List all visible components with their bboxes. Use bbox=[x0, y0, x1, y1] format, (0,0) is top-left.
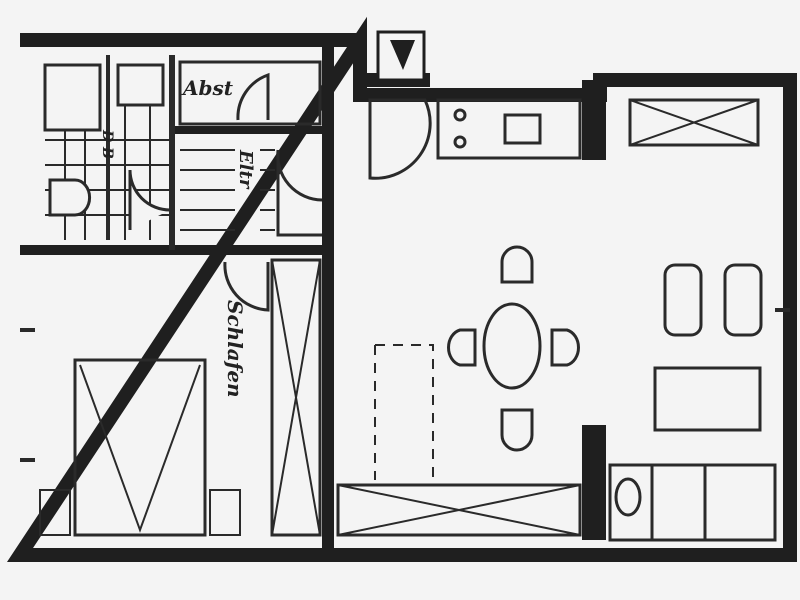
hall-label: Eltr bbox=[235, 149, 256, 190]
toilet bbox=[50, 180, 90, 215]
floor-plan: Abst Eltr D B Schlafen bbox=[0, 0, 800, 600]
bedroom-label: Schlafen bbox=[223, 300, 247, 398]
storage-label: Abst bbox=[181, 76, 234, 100]
bath-label: D B bbox=[99, 129, 115, 159]
